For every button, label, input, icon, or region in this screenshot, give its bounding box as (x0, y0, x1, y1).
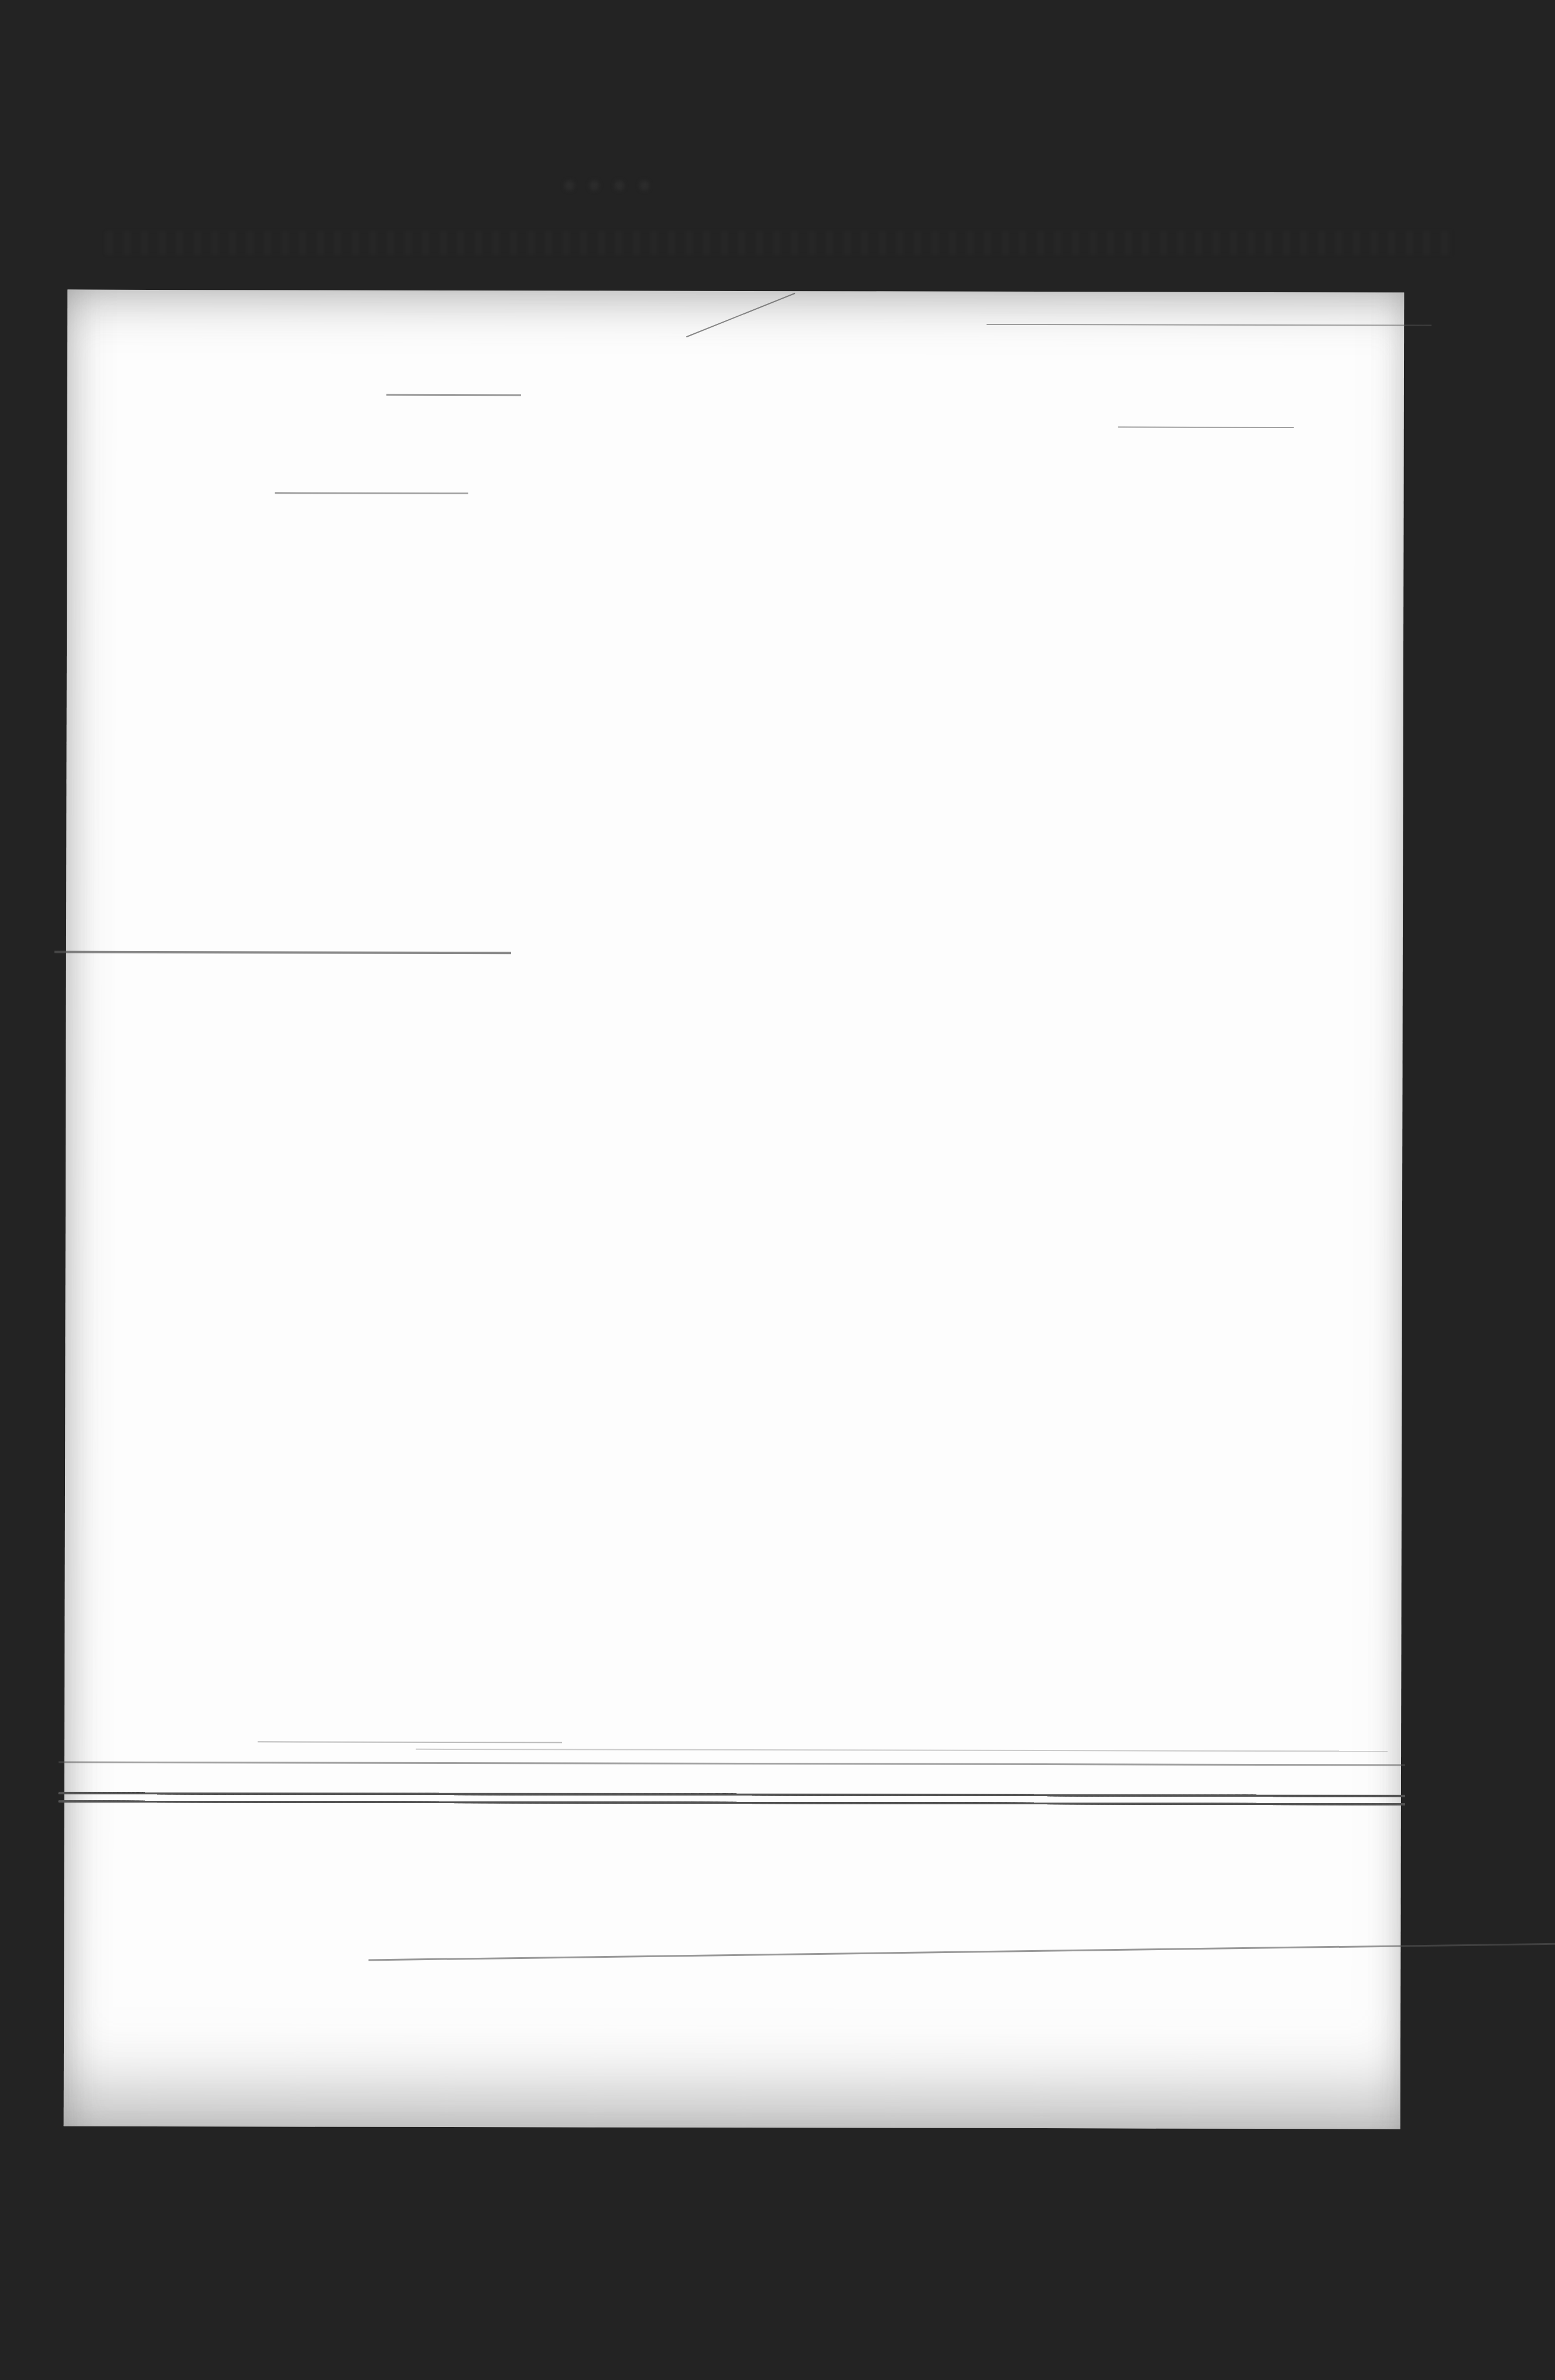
scan-line (416, 1749, 1388, 1752)
scan-line (275, 492, 468, 494)
scan-line (987, 324, 1431, 326)
scan-line (368, 1941, 1555, 1961)
scan-line (258, 1741, 562, 1743)
scan-line (686, 293, 795, 337)
document-page (64, 290, 1405, 2129)
film-frame-strip (105, 231, 1452, 255)
scan-line (59, 1762, 1405, 1766)
scan-line (54, 951, 511, 955)
scan-line (386, 394, 521, 396)
scan-line (1118, 426, 1294, 428)
film-frame-marking: ꞏꞏꞏꞏ (562, 152, 662, 216)
